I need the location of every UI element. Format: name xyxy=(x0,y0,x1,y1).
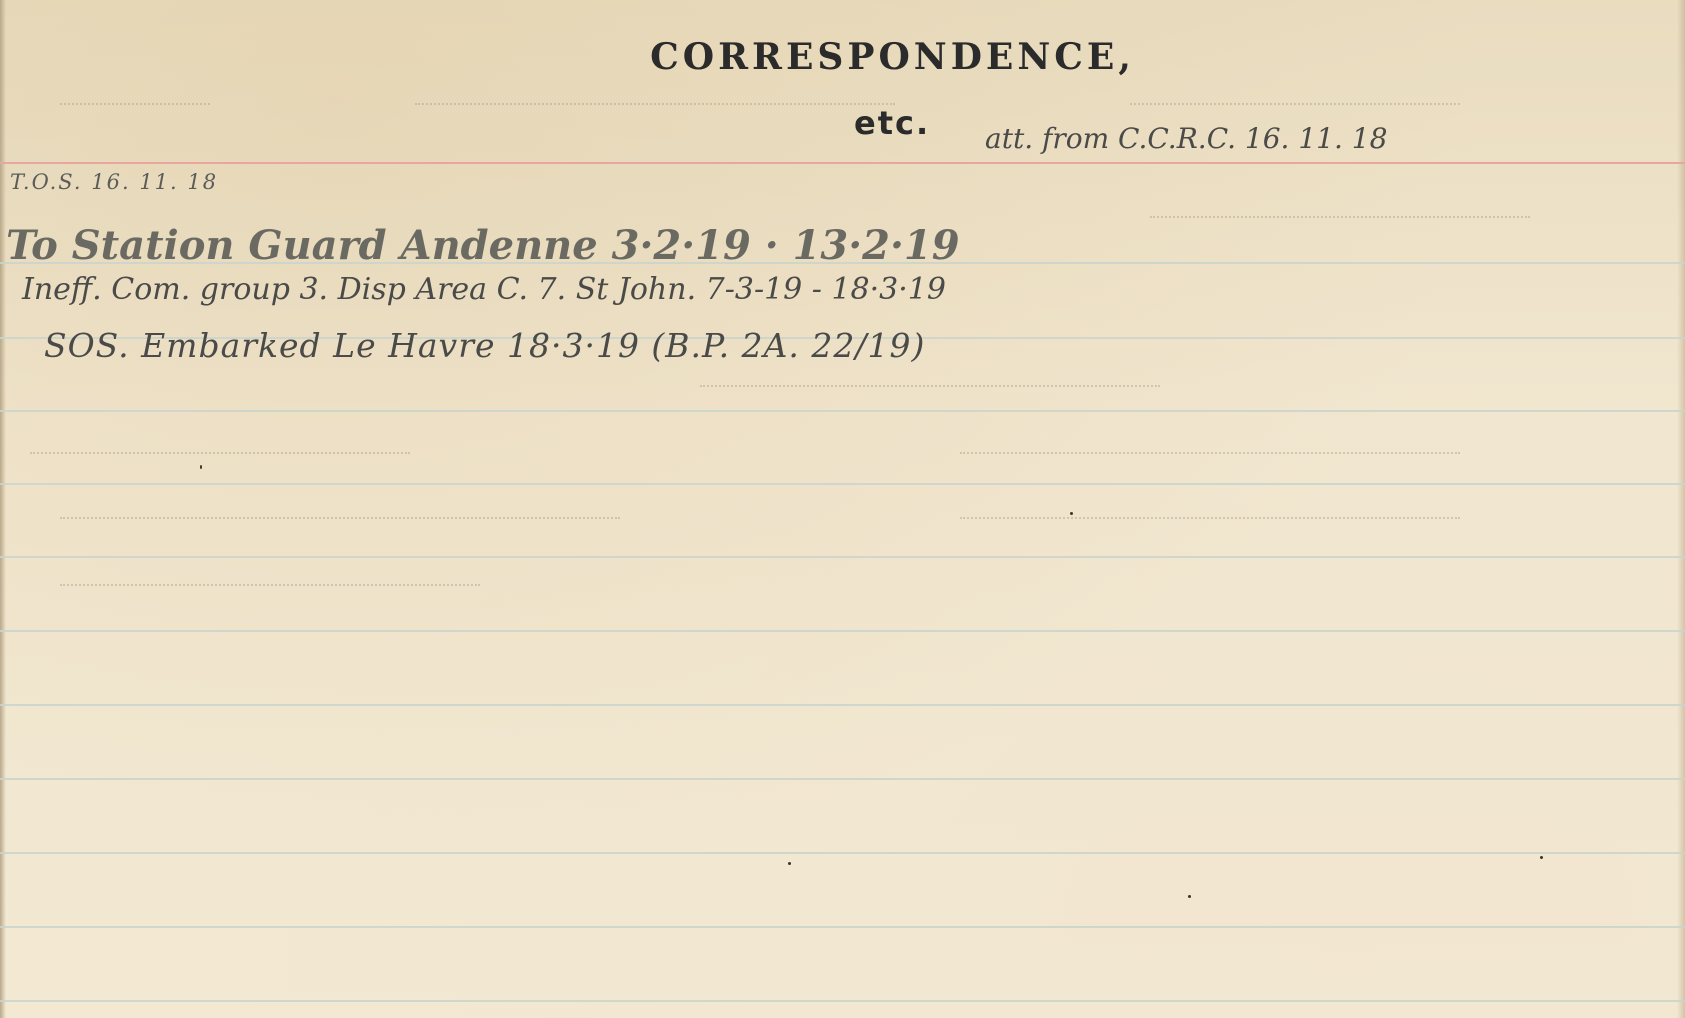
entry-station-guard: To Station Guard Andenne 3·2·19 · 13·2·1… xyxy=(6,222,960,269)
dotted-guide xyxy=(960,452,1460,454)
dotted-guide xyxy=(415,103,895,105)
top-left-note: T.O.S. 16. 11. 18 xyxy=(10,170,218,194)
ruled-line xyxy=(0,852,1685,854)
dotted-guide xyxy=(30,452,410,454)
ruled-line xyxy=(0,926,1685,928)
entry-embarked: SOS. Embarked Le Havre 18·3·19 (B.P. 2A.… xyxy=(44,326,925,365)
ruled-line xyxy=(0,630,1685,632)
ruled-line xyxy=(0,483,1685,485)
ruled-line xyxy=(0,704,1685,706)
ruled-line xyxy=(0,1000,1685,1002)
paper-speck xyxy=(200,465,202,469)
ruled-line xyxy=(0,410,1685,412)
red-margin-rule xyxy=(0,162,1685,164)
dotted-guide xyxy=(1130,103,1460,105)
dotted-guide xyxy=(700,385,1160,387)
record-card: CORRESPONDENCE, etc. att. from C.C.R.C. … xyxy=(0,0,1685,1018)
paper-speck xyxy=(788,862,791,865)
dotted-guide xyxy=(960,517,1460,519)
header-note: att. from C.C.R.C. 16. 11. 18 xyxy=(985,122,1387,155)
dotted-guide xyxy=(60,103,210,105)
card-left-edge xyxy=(0,0,6,1018)
card-heading: CORRESPONDENCE, xyxy=(0,36,1685,78)
paper-speck xyxy=(1188,895,1191,898)
entry-ineff-com: Ineff. Com. group 3. Disp Area C. 7. St … xyxy=(22,272,946,307)
paper-speck xyxy=(1540,856,1543,859)
dotted-guide xyxy=(1150,216,1530,218)
dotted-guide xyxy=(60,584,480,586)
ruled-line xyxy=(0,556,1685,558)
card-subheading: etc. xyxy=(854,104,930,142)
card-right-edge xyxy=(1677,0,1685,1018)
dotted-guide xyxy=(60,517,620,519)
ruled-line xyxy=(0,778,1685,780)
paper-speck xyxy=(1070,512,1073,515)
